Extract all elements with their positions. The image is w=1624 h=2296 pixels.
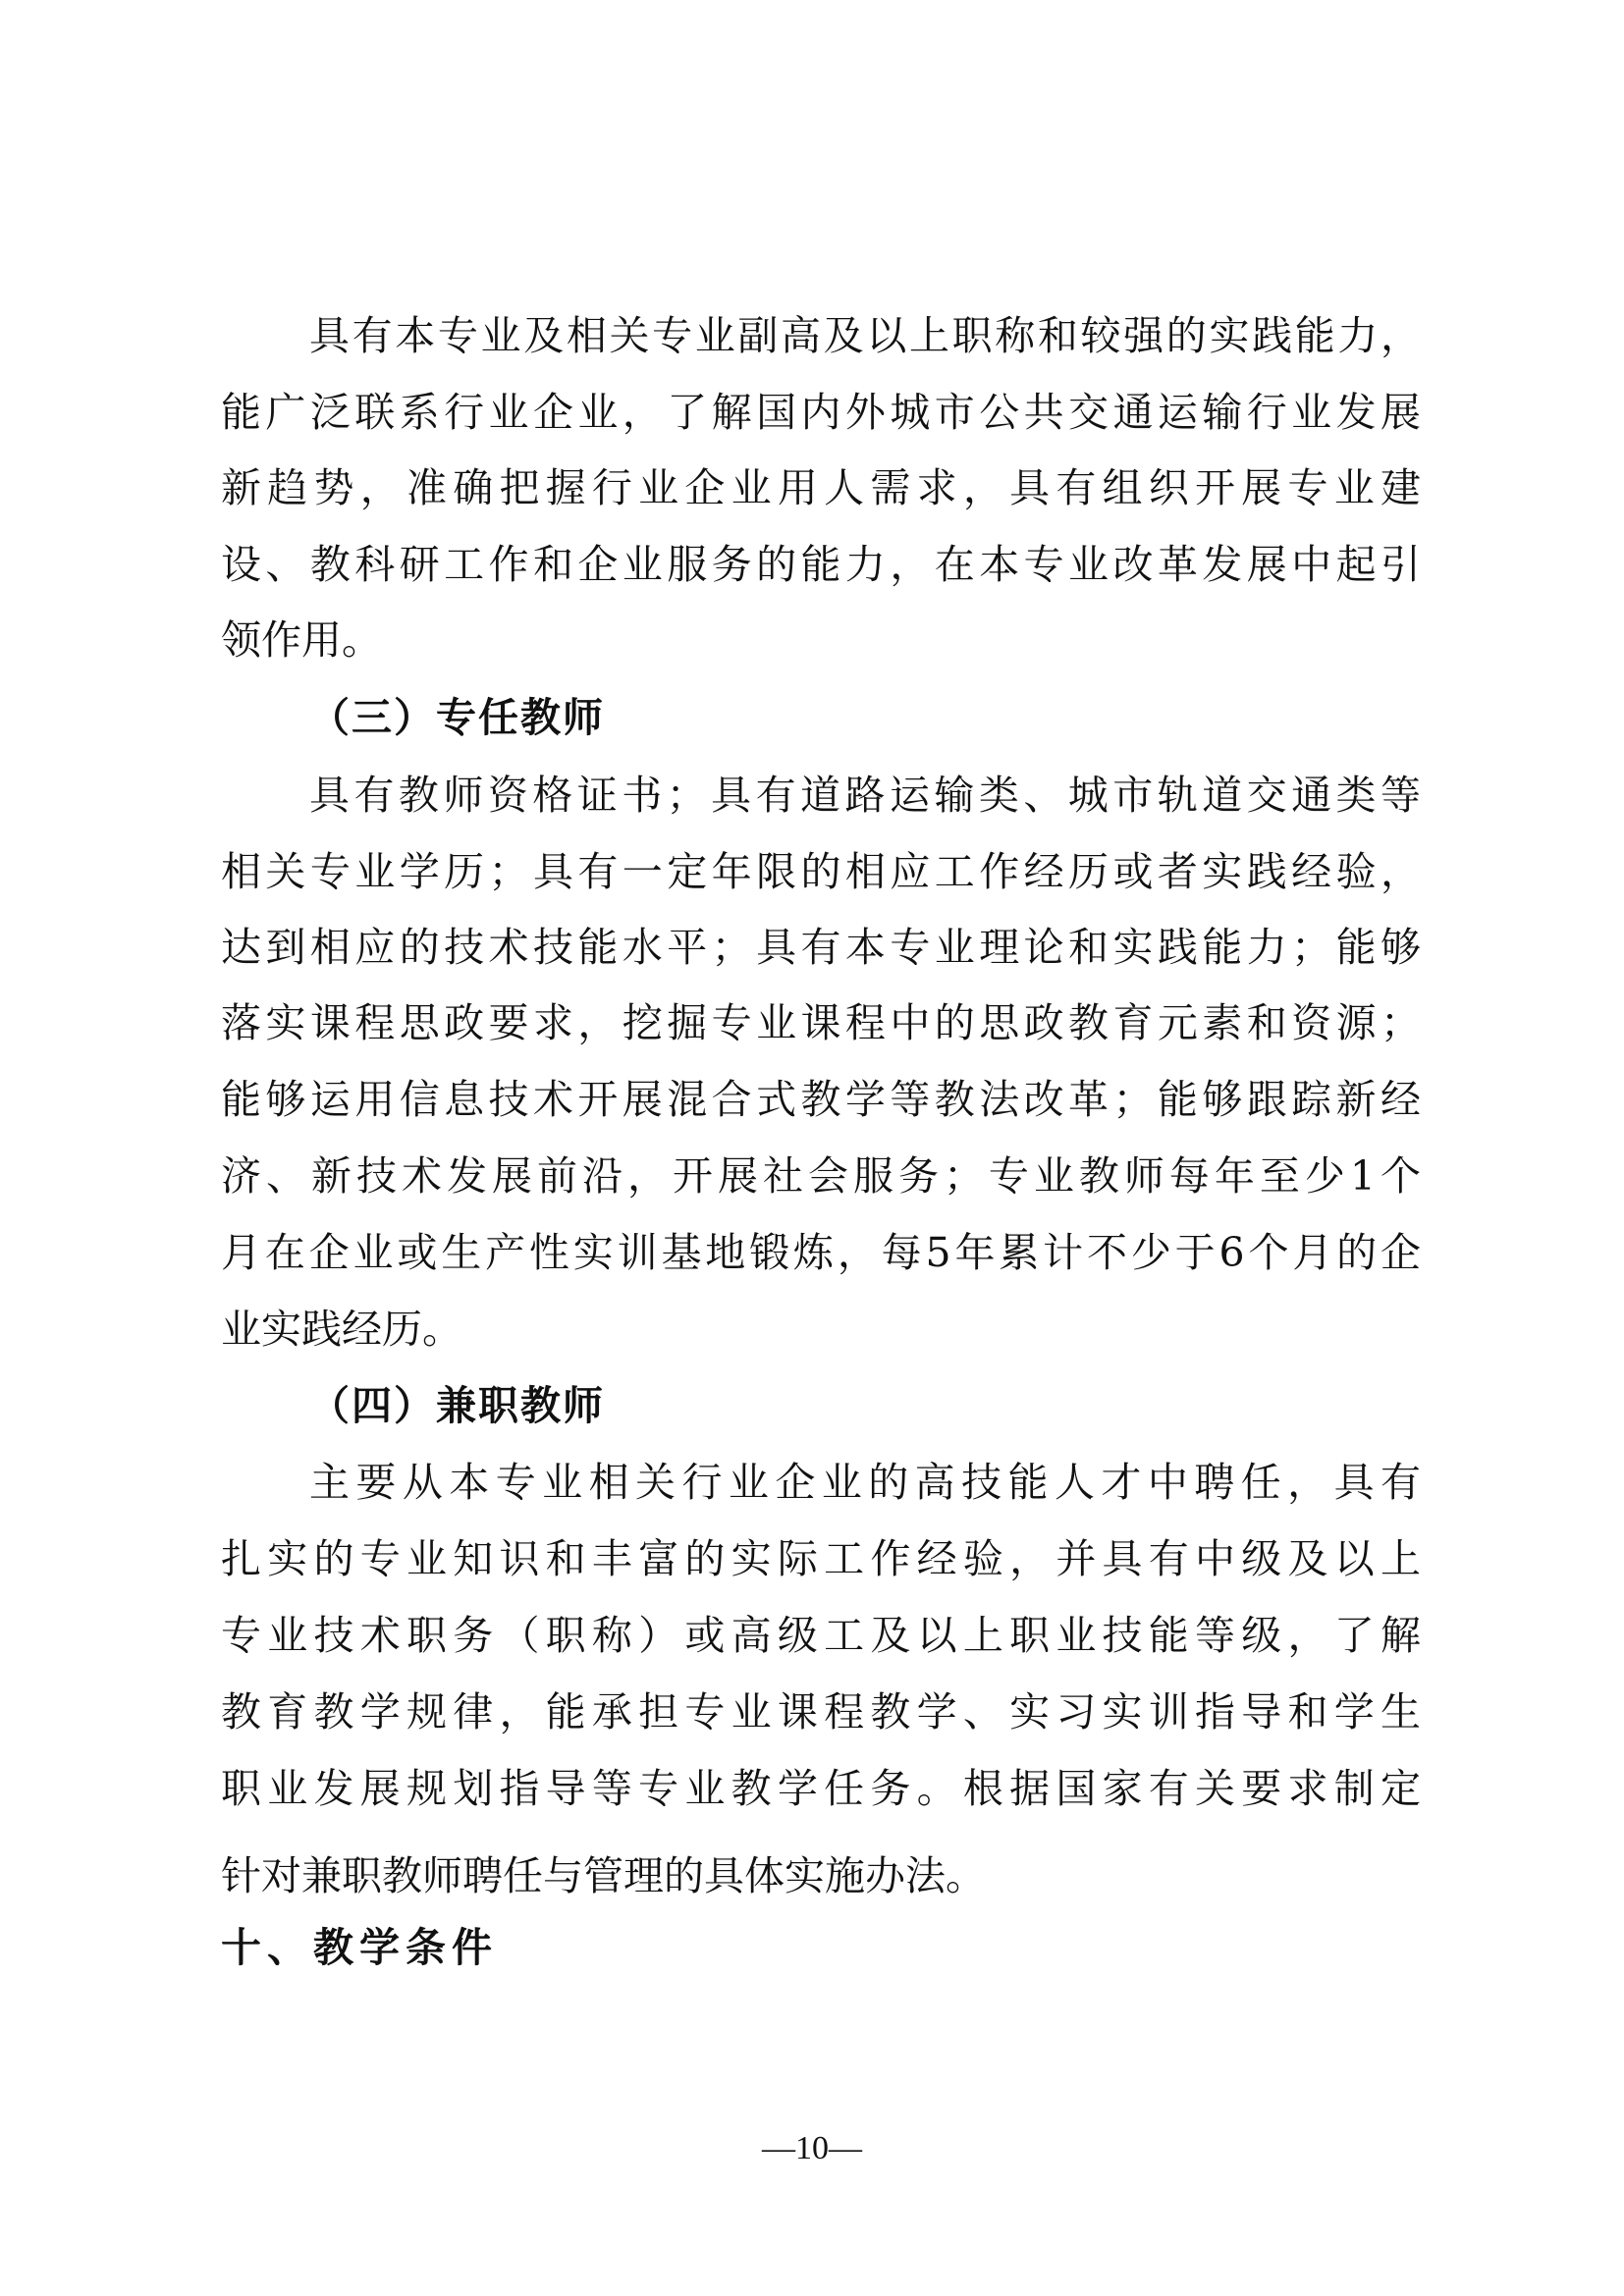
paragraph-line: 新趋势，准确把握行业企业用人需求，具有组织开展专业建 <box>221 450 1421 526</box>
paragraph-line: 月在企业或生产性实训基地锻炼，每5年累计不少于6个月的企 <box>221 1214 1421 1291</box>
paragraph-line: 设、教科研工作和企业服务的能力，在本专业改革发展中起引 <box>221 526 1421 603</box>
paragraph-line: 教育教学规律，能承担专业课程教学、实习实训指导和学生 <box>221 1674 1421 1750</box>
paragraph-line: 业实践经历。 <box>221 1291 1421 1367</box>
paragraph-line: 具有本专业及相关专业副高及以上职称和较强的实践能力， <box>309 297 1421 374</box>
page-number: —10— <box>0 2130 1624 2167</box>
paragraph-line: 具有教师资格证书；具有道路运输类、城市轨道交通类等 <box>309 757 1421 833</box>
paragraph-line: 济、新技术发展前沿，开展社会服务；专业教师每年至少1个 <box>221 1138 1421 1214</box>
paragraph-line: 达到相应的技术技能水平；具有本专业理论和实践能力；能够 <box>221 909 1421 986</box>
paragraph-line: 能广泛联系行业企业，了解国内外城市公共交通运输行业发展 <box>221 374 1421 451</box>
paragraph-line: 领作用。 <box>221 602 1421 678</box>
paragraph-line: 相关专业学历；具有一定年限的相应工作经历或者实践经验， <box>221 833 1421 910</box>
section-heading-teaching-conditions: 十、教学条件 <box>221 1909 498 1986</box>
paragraph-line: 主要从本专业相关行业企业的高技能人才中聘任，具有 <box>309 1444 1421 1521</box>
paragraph-line: 针对兼职教师聘任与管理的具体实施办法。 <box>221 1838 1421 1914</box>
subsection-heading-part-time-teachers: （四）兼职教师 <box>309 1367 605 1444</box>
paragraph-line: 职业发展规划指导等专业教学任务。根据国家有关要求制定 <box>221 1750 1421 1827</box>
paragraph-line: 扎实的专业知识和丰富的实际工作经验，并具有中级及以上 <box>221 1521 1421 1597</box>
paragraph-line: 专业技术职务（职称）或高级工及以上职业技能等级，了解 <box>221 1597 1421 1674</box>
subsection-heading-full-time-teachers: （三）专任教师 <box>309 679 605 756</box>
document-page: 具有本专业及相关专业副高及以上职称和较强的实践能力， 能广泛联系行业企业，了解国… <box>0 0 1624 2296</box>
paragraph-line: 落实课程思政要求，挖掘专业课程中的思政教育元素和资源； <box>221 985 1421 1061</box>
paragraph-line: 能够运用信息技术开展混合式教学等教法改革；能够跟踪新经 <box>221 1061 1421 1138</box>
